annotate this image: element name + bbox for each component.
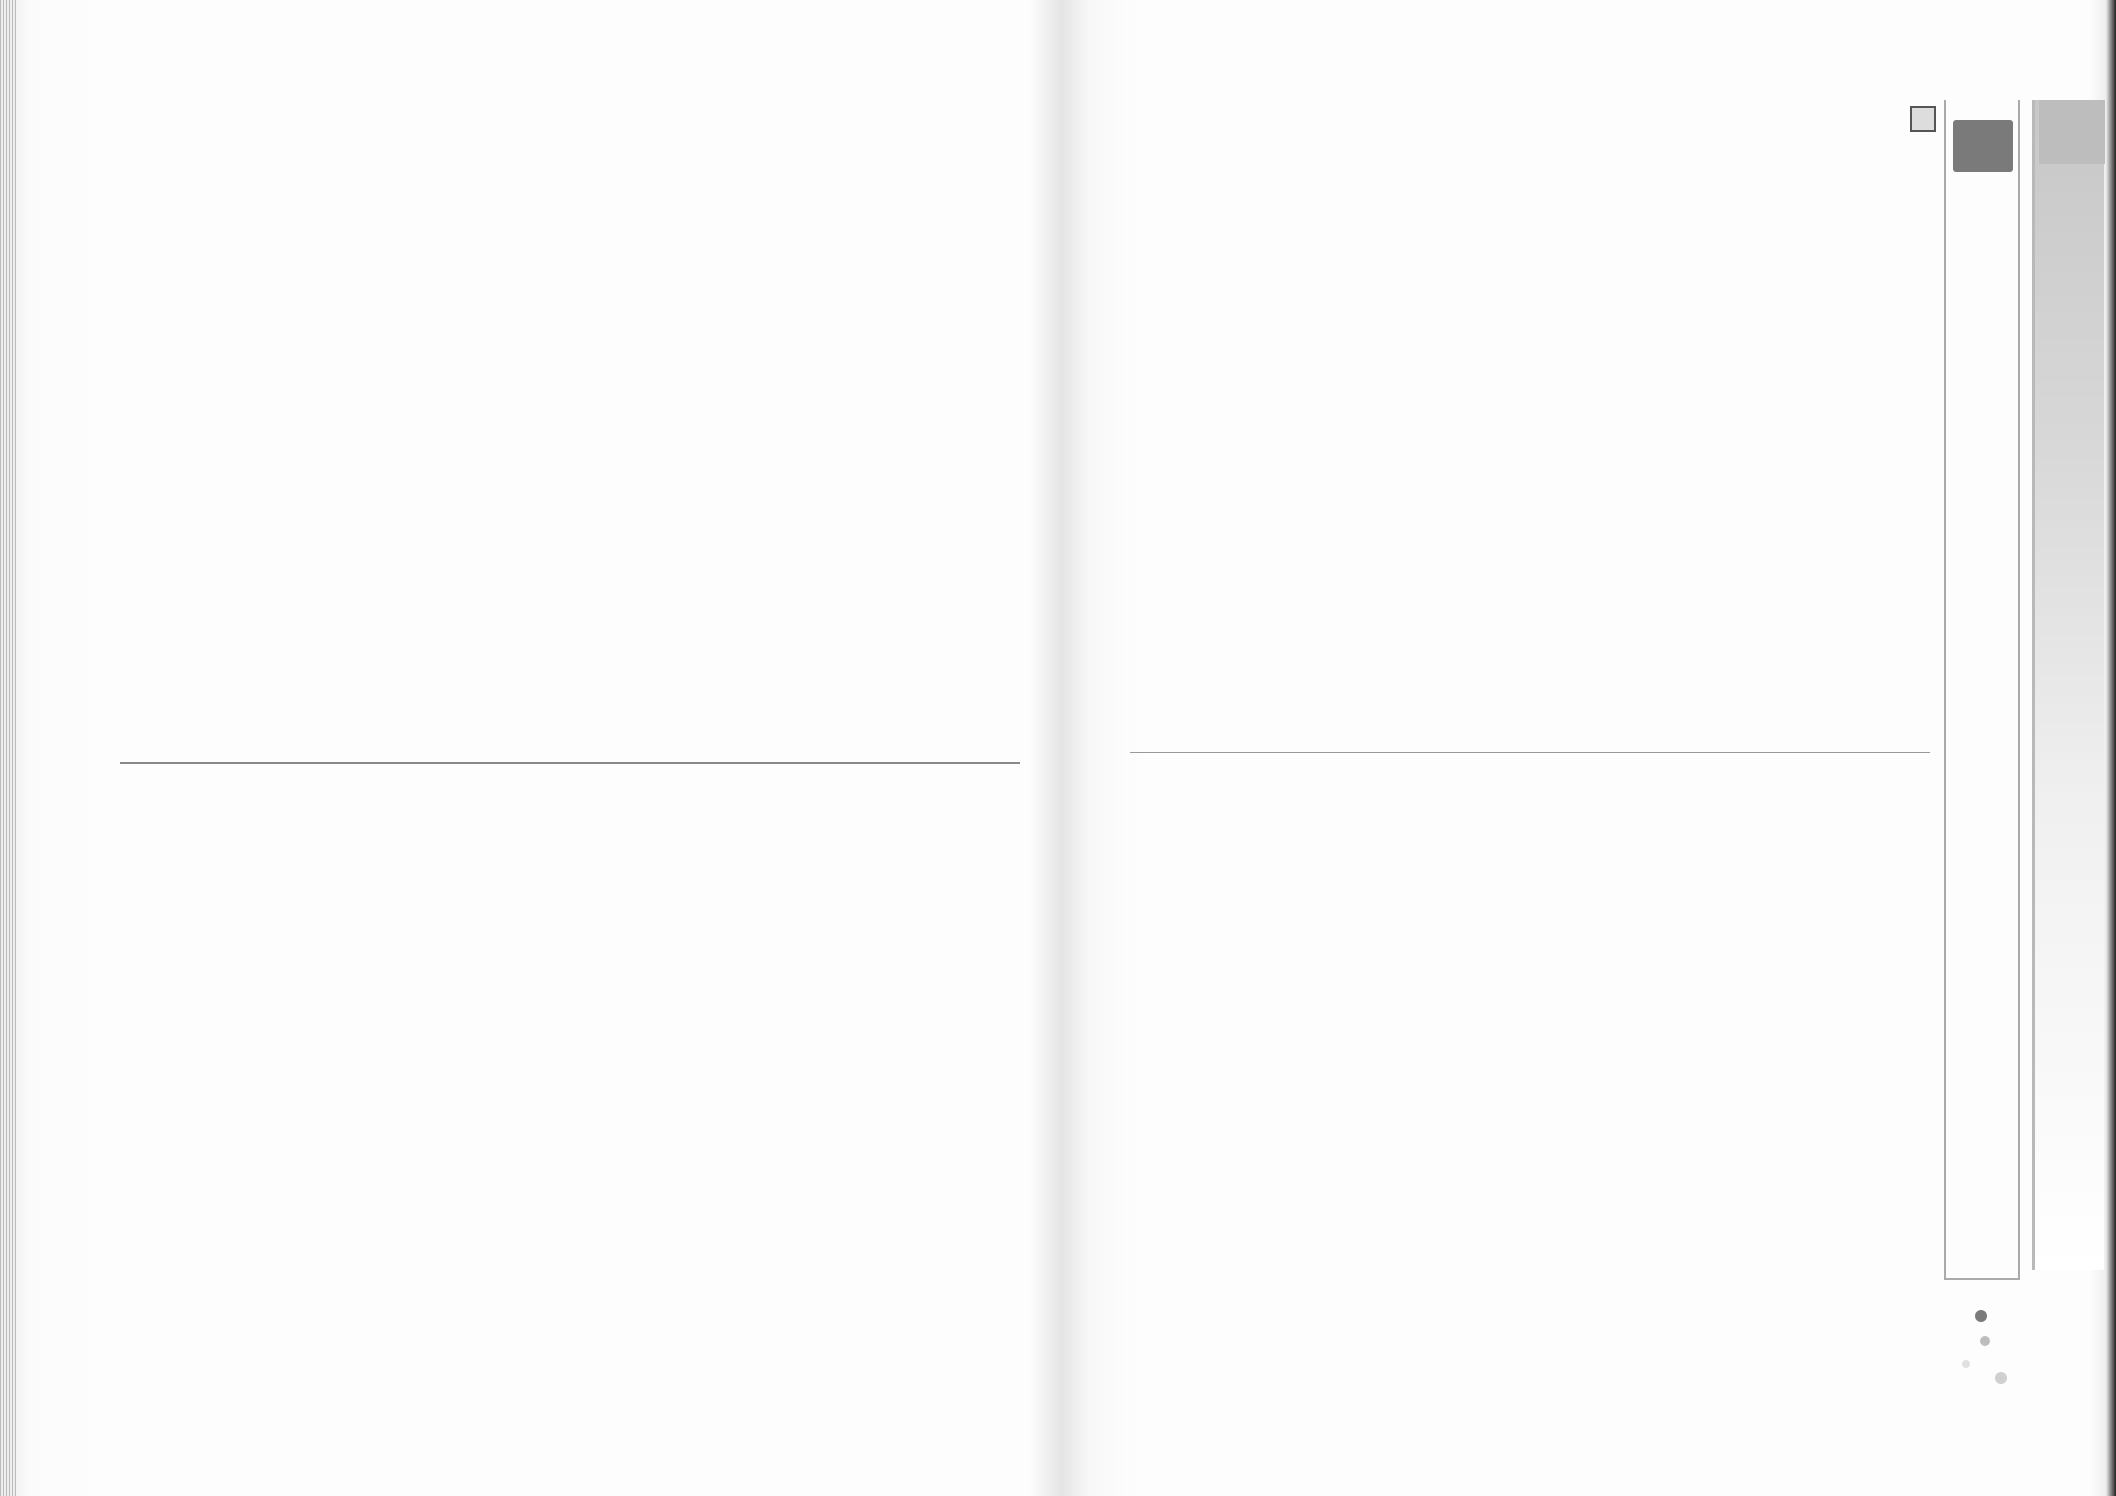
running-header xyxy=(120,96,138,116)
lesson-number-badge xyxy=(1953,120,2013,172)
page-edge-stack xyxy=(0,0,16,1496)
chapter-tab xyxy=(2032,100,2104,1270)
textbook-spread xyxy=(0,0,2116,1496)
section-divider-left xyxy=(120,762,1020,764)
decor-dot xyxy=(1962,1360,1970,1368)
question-marker xyxy=(1910,106,1936,132)
chapter-badge xyxy=(2039,100,2105,164)
decor-dot xyxy=(1980,1336,1990,1346)
decor-dot xyxy=(1995,1372,2007,1384)
page-159 xyxy=(0,0,1060,1496)
decor-dot xyxy=(1975,1310,1987,1322)
lesson-title-frame xyxy=(1944,100,2020,1280)
section-divider-right xyxy=(1130,752,1930,753)
